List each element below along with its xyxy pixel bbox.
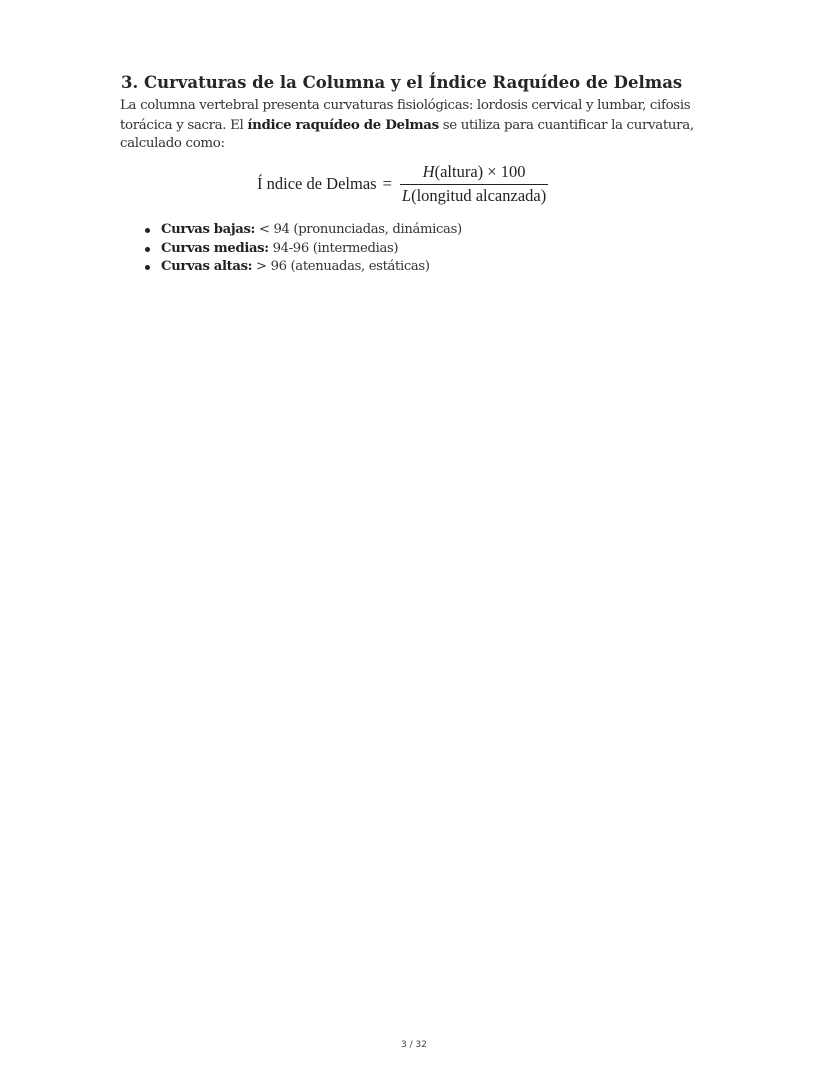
list-item: Curvas medias: 94-96 (intermedias) (143, 240, 462, 259)
formula-denominator: L(longitud alcanzada) (400, 185, 548, 206)
page-number: 3 / 32 (0, 1040, 828, 1050)
numerator-variable: H (423, 162, 435, 181)
numerator-text: (altura) × 100 (435, 162, 526, 181)
denominator-text: (longitud alcanzada) (411, 186, 546, 205)
formula-lhs: Í ndice de Delmas (257, 174, 377, 194)
bullet-icon (145, 265, 150, 270)
formula-equals: = (383, 174, 392, 194)
page-content: 3. Curvaturas de la Columna y el Índice … (120, 72, 710, 154)
list-item: Curvas bajas: < 94 (pronunciadas, dinámi… (143, 221, 462, 240)
delmas-formula: Í ndice de Delmas = H(altura) × 100 L(lo… (257, 162, 548, 206)
list-item-label: Curvas medias: (161, 241, 269, 256)
curve-classification-list: Curvas bajas: < 94 (pronunciadas, dinámi… (143, 221, 462, 277)
list-item: Curvas altas: > 96 (atenuadas, estáticas… (143, 258, 462, 277)
list-item-text: > 96 (atenuadas, estáticas) (252, 259, 429, 274)
list-item-label: Curvas altas: (161, 259, 252, 274)
denominator-variable: L (402, 186, 411, 205)
bullet-icon (145, 228, 150, 233)
formula-numerator: H(altura) × 100 (411, 162, 538, 184)
list-item-text: 94-96 (intermedias) (269, 241, 398, 256)
section-title: 3. Curvaturas de la Columna y el Índice … (121, 72, 711, 94)
formula-fraction: H(altura) × 100 L(longitud alcanzada) (400, 162, 548, 206)
list-item-label: Curvas bajas: (161, 222, 255, 237)
intro-paragraph: La columna vertebral presenta curvaturas… (120, 97, 710, 154)
bullet-icon (145, 247, 150, 252)
paragraph-bold-term: índice raquídeo de Delmas (247, 117, 438, 133)
list-item-text: < 94 (pronunciadas, dinámicas) (255, 222, 462, 237)
